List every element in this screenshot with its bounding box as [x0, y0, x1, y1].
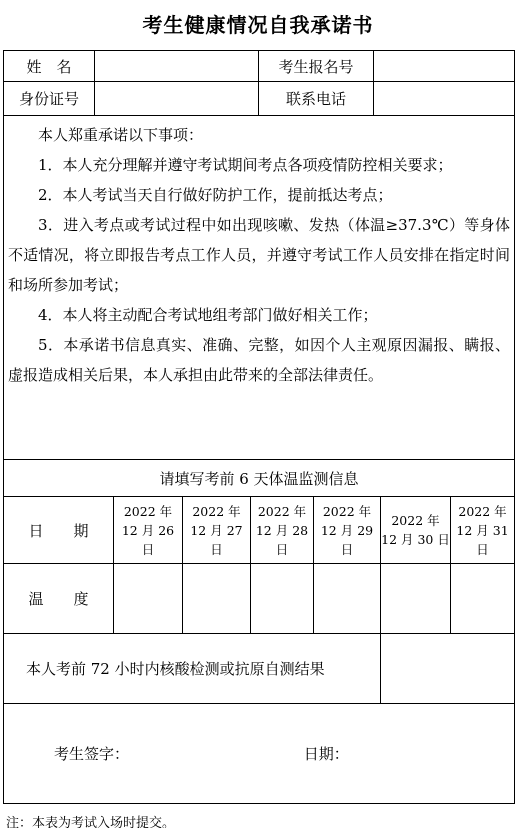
table-row: 本人考前 72 小时内核酸检测或抗原自测结果 [4, 634, 515, 704]
signature-cell: 考生签字： 日期： [4, 704, 515, 804]
date-day: 12 月 31 日 [451, 521, 514, 559]
phone-input-cell[interactable] [374, 82, 515, 116]
date-year: 2022 年 [381, 511, 450, 530]
date-cell: 2022 年 12 月 29 日 [314, 497, 381, 564]
covid-test-result-input-cell[interactable] [381, 634, 515, 704]
table-row: 身份证号 联系电话 [4, 82, 515, 116]
temperature-row-label: 温 度 [4, 564, 114, 634]
date-day: 12 月 26 日 [114, 521, 182, 559]
temperature-input-cell[interactable] [114, 564, 183, 634]
commitment-text-block: 本人郑重承诺以下事项： 1．本人充分理解并遵守考试期间考点各项疫情防控相关要求；… [4, 116, 515, 460]
table-row: 本人郑重承诺以下事项： 1．本人充分理解并遵守考试期间考点各项疫情防控相关要求；… [4, 116, 515, 460]
id-number-label: 身份证号 [4, 82, 95, 116]
signature-date-label[interactable]: 日期： [304, 745, 349, 763]
commitment-intro: 本人郑重承诺以下事项： [8, 120, 510, 150]
table-row: 姓 名 考生报名号 [4, 51, 515, 82]
temperature-input-cell[interactable] [314, 564, 381, 634]
temperature-input-cell[interactable] [251, 564, 314, 634]
table-row: 请填写考前 6 天体温监测信息 [4, 460, 515, 497]
date-year: 2022 年 [451, 502, 514, 521]
date-day: 12 月 29 日 [314, 521, 380, 559]
registration-number-input-cell[interactable] [374, 51, 515, 82]
commitment-item-3: 3．进入考点或考试过程中如出现咳嗽、发热（体温≥37.3℃）等身体不适情况，将立… [8, 210, 510, 300]
date-year: 2022 年 [183, 502, 250, 521]
name-label: 姓 名 [4, 51, 95, 82]
phone-label: 联系电话 [259, 82, 374, 116]
id-number-input-cell[interactable] [95, 82, 259, 116]
date-cell: 2022 年 12 月 31 日 [451, 497, 515, 564]
date-day: 12 月 30 日 [381, 530, 450, 549]
commitment-item-2: 2．本人考试当天自行做好防护工作，提前抵达考点； [8, 180, 510, 210]
date-year: 2022 年 [251, 502, 313, 521]
commitment-item-5: 5．本承诺书信息真实、准确、完整，如因个人主观原因漏报、瞒报、虚报造成相关后果，… [8, 330, 510, 390]
candidate-signature-label[interactable]: 考生签字： [54, 745, 129, 763]
temperature-input-cell[interactable] [451, 564, 515, 634]
commitment-item-4: 4．本人将主动配合考试地组考部门做好相关工作； [8, 300, 510, 330]
page-title: 考生健康情况自我承诺书 [3, 9, 513, 38]
date-cell: 2022 年 12 月 26 日 [114, 497, 183, 564]
temperature-section-header: 请填写考前 6 天体温监测信息 [4, 460, 515, 497]
document-page: 考生健康情况自我承诺书 姓 名 考生报名号 身份证号 联系电话 本人郑重承诺以下… [0, 0, 521, 828]
date-cell: 2022 年 12 月 30 日 [381, 497, 451, 564]
temperature-row: 温 度 [4, 564, 515, 634]
date-year: 2022 年 [314, 502, 380, 521]
footnote: 注：本表为考试入场时提交。 [6, 812, 521, 828]
temperature-input-cell[interactable] [183, 564, 251, 634]
date-cell: 2022 年 12 月 28 日 [251, 497, 314, 564]
name-input-cell[interactable] [95, 51, 259, 82]
temperature-table: 请填写考前 6 天体温监测信息 日 期 2022 年 12 月 26 日 202… [3, 459, 515, 804]
signature-row: 考生签字： 日期： [4, 704, 515, 804]
date-header-row: 日 期 2022 年 12 月 26 日 2022 年 12 月 27 日 20… [4, 497, 515, 564]
date-day: 12 月 27 日 [183, 521, 250, 559]
info-table: 姓 名 考生报名号 身份证号 联系电话 本人郑重承诺以下事项： 1．本人充分理解… [3, 50, 515, 460]
registration-number-label: 考生报名号 [259, 51, 374, 82]
temperature-input-cell[interactable] [381, 564, 451, 634]
date-day: 12 月 28 日 [251, 521, 313, 559]
date-year: 2022 年 [114, 502, 182, 521]
date-cell: 2022 年 12 月 27 日 [183, 497, 251, 564]
commitment-item-1: 1．本人充分理解并遵守考试期间考点各项疫情防控相关要求； [8, 150, 510, 180]
covid-test-result-label: 本人考前 72 小时内核酸检测或抗原自测结果 [4, 634, 381, 704]
date-row-label: 日 期 [4, 497, 114, 564]
